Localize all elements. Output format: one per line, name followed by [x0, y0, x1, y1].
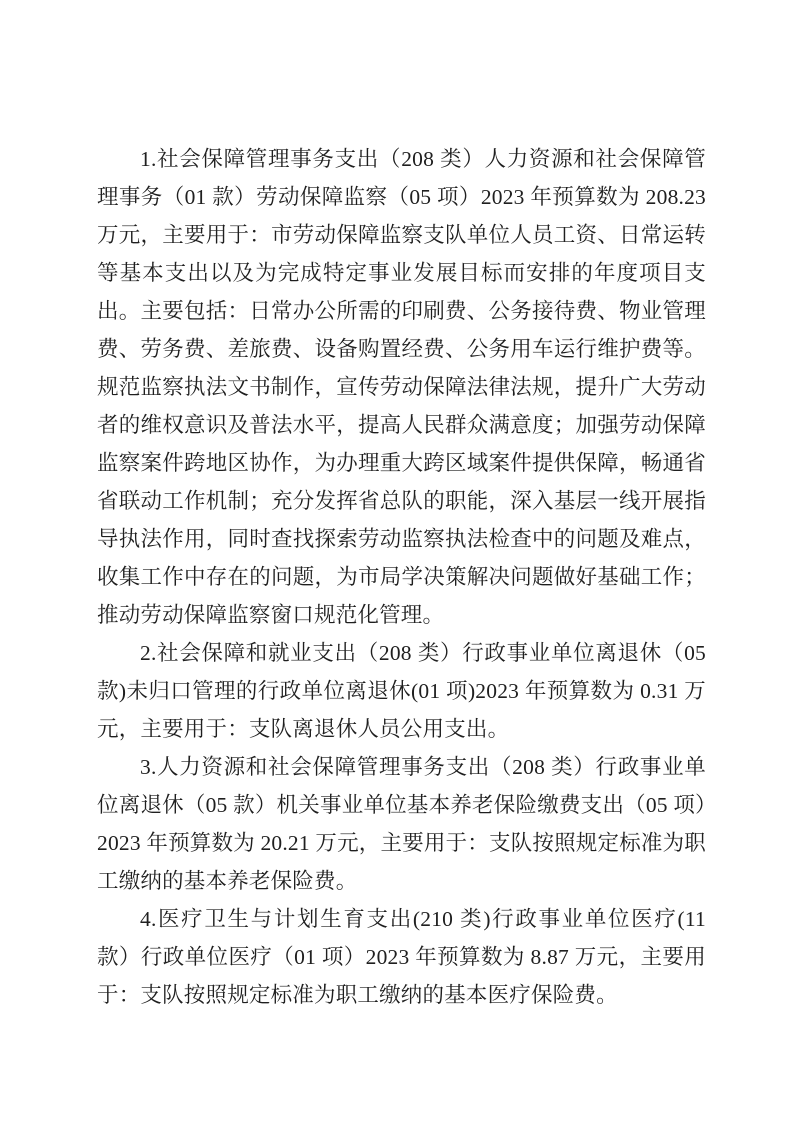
document-page: 1.社会保障管理事务支出（208 类）人力资源和社会保障管理事务（01 款）劳动…: [0, 0, 793, 1122]
document-text-block: 1.社会保障管理事务支出（208 类）人力资源和社会保障管理事务（01 款）劳动…: [97, 140, 706, 1014]
paragraph-budget-item-3: 3.人力资源和社会保障管理事务支出（208 类）行政事业单位离退休（05 款）机…: [97, 748, 706, 900]
paragraph-budget-item-2: 2.社会保障和就业支出（208 类）行政事业单位离退休（05 款)未归口管理的行…: [97, 634, 706, 748]
paragraph-budget-item-4: 4.医疗卫生与计划生育支出(210 类)行政事业单位医疗(11 款）行政单位医疗…: [97, 900, 706, 1014]
paragraph-budget-item-1: 1.社会保障管理事务支出（208 类）人力资源和社会保障管理事务（01 款）劳动…: [97, 140, 706, 634]
